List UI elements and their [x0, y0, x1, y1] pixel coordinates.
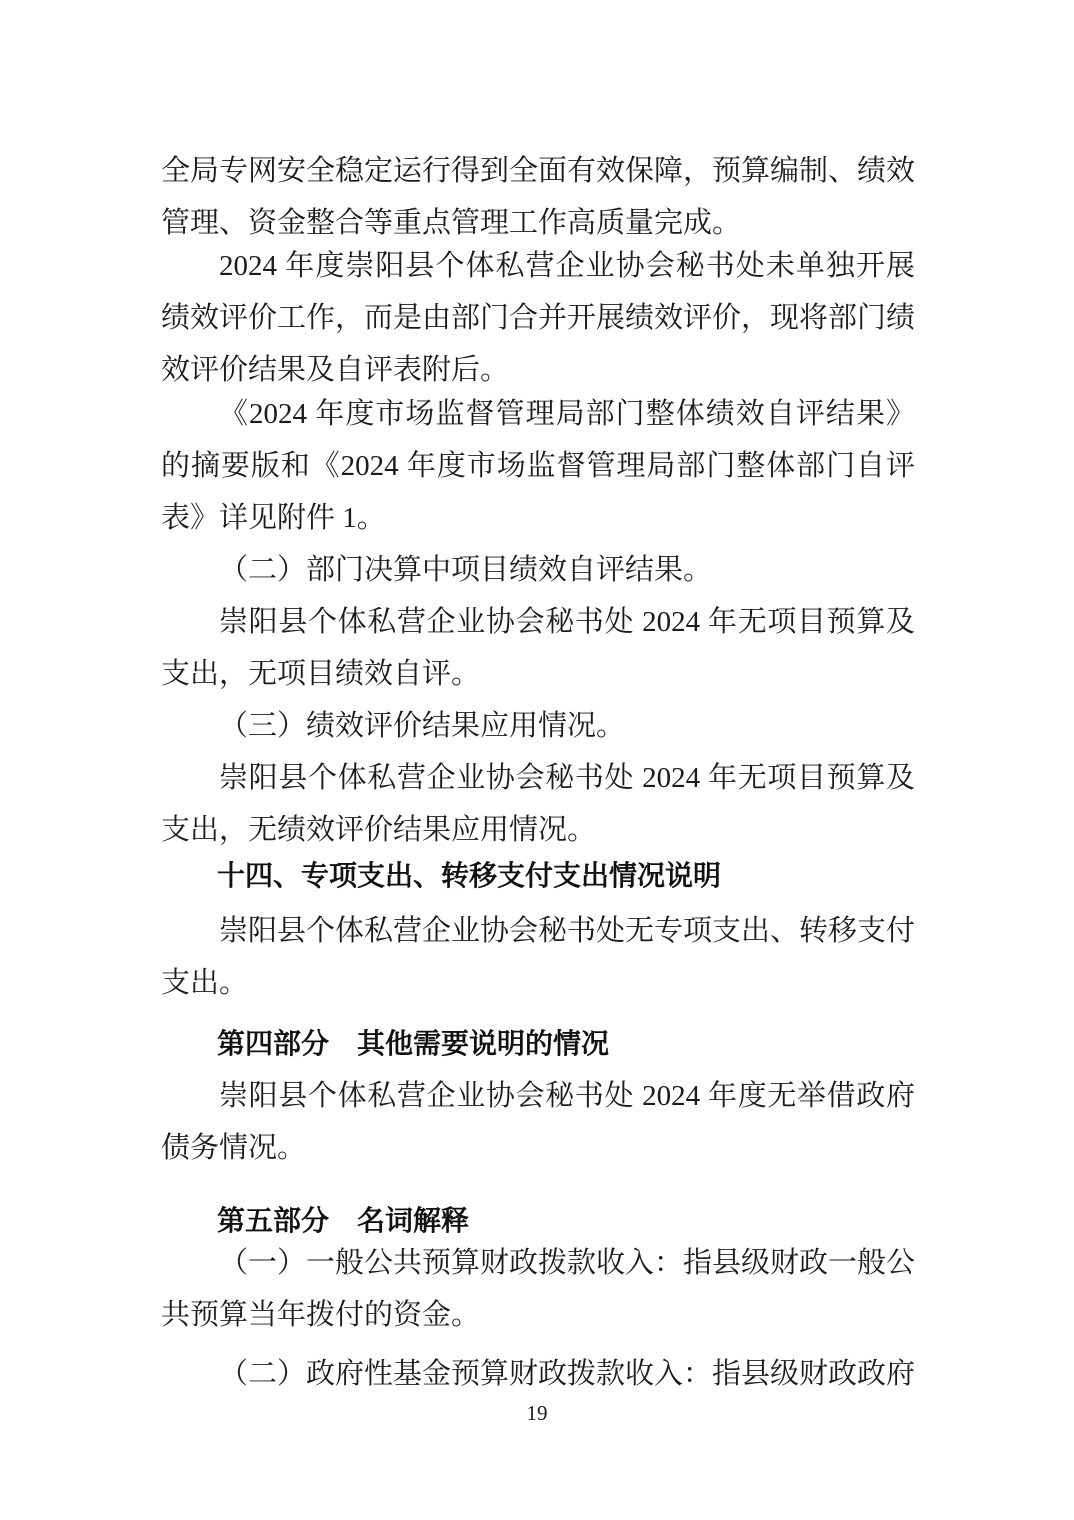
document-page: 全局专网安全稳定运行得到全面有效保障，预算编制、绩效管理、资金整合等重点管理工作…: [0, 0, 1074, 1520]
paragraph-item-2-project-performance-result: （二）部门决算中项目绩效自评结果。: [161, 544, 915, 596]
paragraph-no-project-budget-self-evaluation: 崇阳县个体私营企业协会秘书处 2024 年无项目预算及支出，无项目绩效自评。: [161, 596, 915, 700]
heading-part-4-other-matters: 第四部分 其他需要说明的情况: [161, 1018, 915, 1070]
heading-section-14-special-transfer-expenditure: 十四、专项支出、转移支付支出情况说明: [161, 850, 915, 902]
paragraph-no-government-debt: 崇阳县个体私营企业协会秘书处 2024 年度无举借政府债务情况。: [161, 1070, 915, 1174]
paragraph-glossary-item-2-government-fund-budget: （二）政府性基金预算财政拨款收入：指县级财政政府: [161, 1348, 915, 1400]
paragraph-no-evaluation-result-application: 崇阳县个体私营企业协会秘书处 2024 年无项目预算及支出，无绩效评价结果应用情…: [161, 752, 915, 856]
paragraph-network-security-summary: 全局专网安全稳定运行得到全面有效保障，预算编制、绩效管理、资金整合等重点管理工作…: [161, 145, 915, 249]
paragraph-item-3-evaluation-result-application: （三）绩效评价结果应用情况。: [161, 700, 915, 752]
paragraph-glossary-item-1-general-public-budget: （一）一般公共预算财政拨款收入：指县级财政一般公共预算当年拨付的资金。: [161, 1237, 915, 1341]
paragraph-no-special-transfer-expenditure: 崇阳县个体私营企业协会秘书处无专项支出、转移支付支出。: [161, 905, 915, 1009]
paragraph-no-separate-performance-evaluation: 2024 年度崇阳县个体私营企业协会秘书处未单独开展绩效评价工作，而是由部门合并…: [161, 240, 915, 396]
paragraph-self-evaluation-attachment-reference: 《2024 年度市场监督管理局部门整体绩效自评结果》的摘要版和《2024 年度市…: [161, 388, 915, 544]
page-number: 19: [0, 1398, 1074, 1428]
